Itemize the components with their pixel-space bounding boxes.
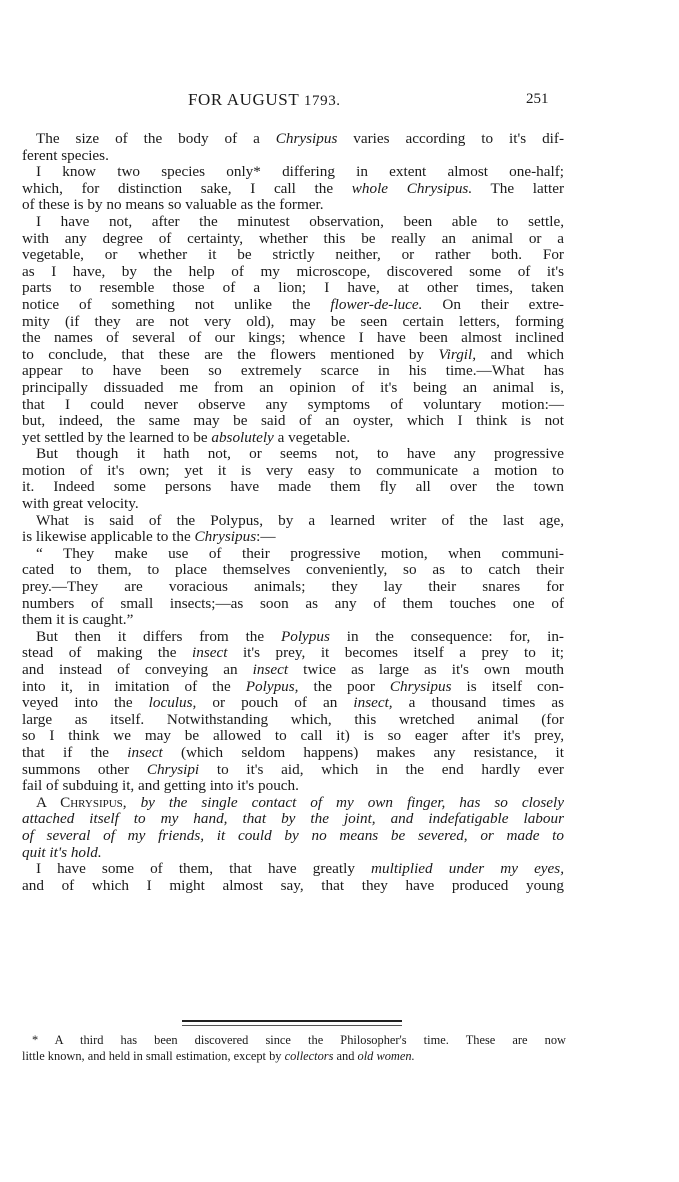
- text-line: But then it differs from the Polypus in …: [22, 629, 564, 646]
- footnote: * A third has been discovered since the …: [22, 1032, 566, 1064]
- text-line: and instead of conveying an insect twice…: [22, 662, 564, 679]
- footnote-rule: [182, 1020, 402, 1026]
- running-head: FOR AUGUST 1793.: [188, 90, 341, 110]
- text-line: “ They make use of their progressive mot…: [22, 546, 564, 563]
- text-line: mity (if they are not very old), may be …: [22, 314, 564, 331]
- text-line: them it is caught.”: [22, 612, 564, 629]
- text-line: so I think we may be allowed to call it)…: [22, 728, 564, 745]
- text-line: is likewise applicable to the Chrysipus:…: [22, 529, 564, 546]
- footnote-line: little known, and held in small estimati…: [22, 1048, 566, 1064]
- text-line: I have not, after the minutest observati…: [22, 214, 564, 231]
- text-line: with any degree of certainty, whether th…: [22, 231, 564, 248]
- text-line: principally dissuaded me from an opinion…: [22, 380, 564, 397]
- text-line: attached itself to my hand, that by the …: [22, 811, 564, 828]
- text-line: of these is by no means so valuable as t…: [22, 197, 564, 214]
- text-line: vegetable, or whether it be strictly nei…: [22, 247, 564, 264]
- text-line: that if the insect (which seldom happens…: [22, 745, 564, 762]
- text-line: with great velocity.: [22, 496, 564, 513]
- body-text: The size of the body of a Chrysipus vari…: [22, 131, 564, 894]
- text-line: large as itself. Notwithstanding which, …: [22, 712, 564, 729]
- text-line: summons other Chrysipi to it's aid, whic…: [22, 762, 564, 779]
- text-line: I know two species only* differing in ex…: [22, 164, 564, 181]
- text-line: quit it's hold.: [22, 845, 564, 862]
- running-head-year: 1793.: [304, 93, 341, 109]
- text-line: the names of several of our kings; whenc…: [22, 330, 564, 347]
- text-line: I have some of them, that have greatly m…: [22, 861, 564, 878]
- text-line: yet settled by the learned to be absolut…: [22, 430, 564, 447]
- text-line: that I could never observe any symptoms …: [22, 397, 564, 414]
- text-line: which, for distinction sake, I call the …: [22, 181, 564, 198]
- text-line: veyed into the loculus, or pouch of an i…: [22, 695, 564, 712]
- text-line: stead of making the insect it's prey, it…: [22, 645, 564, 662]
- text-line: to conclude, that these are the flowers …: [22, 347, 564, 364]
- page-header: FOR AUGUST 1793. 251: [0, 90, 679, 114]
- text-line: prey.—They are voracious animals; they l…: [22, 579, 564, 596]
- text-line: as I have, by the help of my microscope,…: [22, 264, 564, 281]
- text-line: A Chrysipus, by the single contact of my…: [22, 795, 564, 812]
- text-line: But though it hath not, or seems not, to…: [22, 446, 564, 463]
- text-line: numbers of small insects;—as soon as any…: [22, 596, 564, 613]
- text-line: ferent species.: [22, 148, 564, 165]
- text-line: What is said of the Polypus, by a learne…: [22, 513, 564, 530]
- text-line: and of which I might almost say, that th…: [22, 878, 564, 895]
- page-number: 251: [526, 91, 549, 108]
- text-line: of several of my friends, it could by no…: [22, 828, 564, 845]
- text-line: The size of the body of a Chrysipus vari…: [22, 131, 564, 148]
- text-line: cated to them, to place themselves conve…: [22, 562, 564, 579]
- text-line: notice of something not unlike the flowe…: [22, 297, 564, 314]
- text-line: fail of subduing it, and getting into it…: [22, 778, 564, 795]
- text-line: but, indeed, the same may be said of an …: [22, 413, 564, 430]
- text-line: motion of it's own; yet it is very easy …: [22, 463, 564, 480]
- text-line: it. Indeed some persons have made them f…: [22, 479, 564, 496]
- text-line: parts to resemble those of a lion; I hav…: [22, 280, 564, 297]
- text-line: appear to have been so extremely scarce …: [22, 363, 564, 380]
- footnote-line: * A third has been discovered since the …: [22, 1032, 566, 1048]
- text-line: into it, in imitation of the Polypus, th…: [22, 679, 564, 696]
